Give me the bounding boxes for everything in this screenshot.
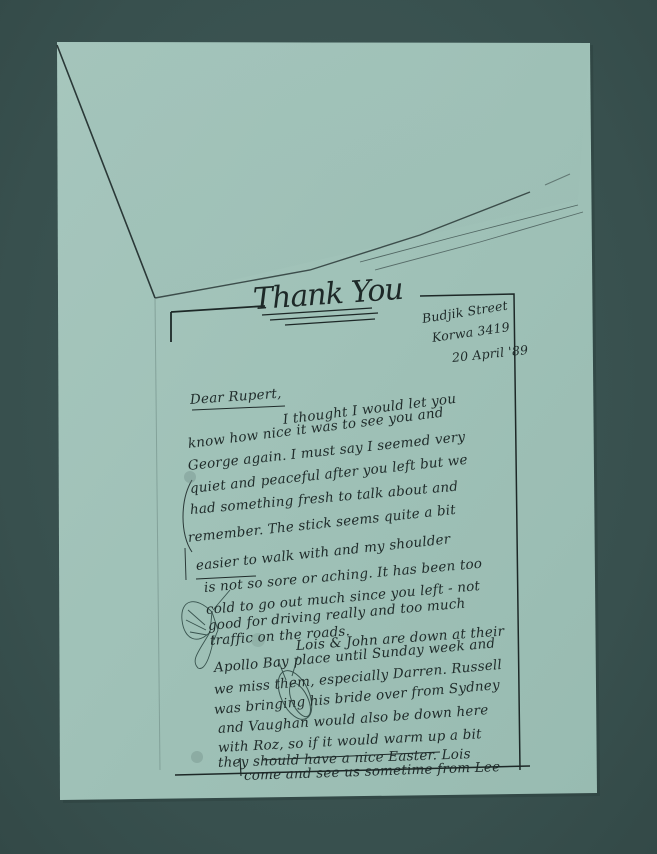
ink-smudge: [191, 751, 203, 763]
